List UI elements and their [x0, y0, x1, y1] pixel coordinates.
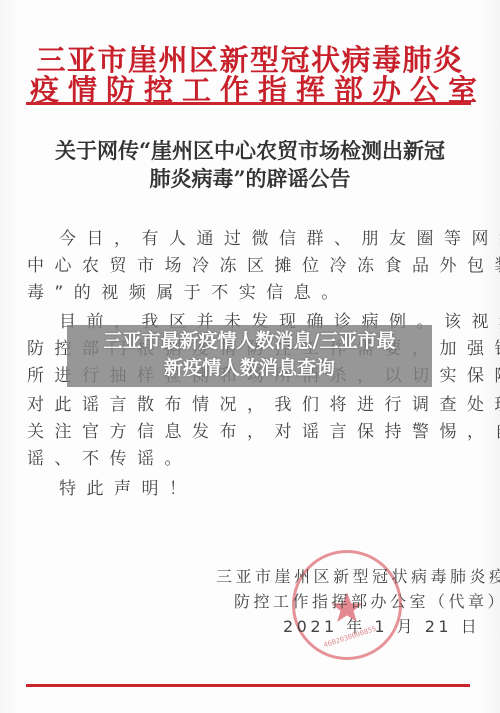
- signature-org-line2: 防控工作指挥部办公室（代章）: [234, 591, 500, 613]
- issuer-header-line1: 三亚市崖州区新型冠状病毒肺炎: [30, 43, 470, 77]
- paragraph3-line3: 谣、不传谣。: [27, 448, 473, 470]
- caption-overlay: 三亚市最新疫情人数消息/三亚市最 新疫情人数消息查询: [67, 328, 432, 382]
- closing-statement: 特此声明！: [59, 478, 500, 500]
- paragraph1-line1: 今日，有人通过微信群、朋友圈等网络渠道散布“崖州区: [59, 228, 500, 250]
- paragraph1-line2: 中心农贸市场冷冻区摊位冷冻食品外包装检测出新冠肺炎病: [27, 255, 473, 277]
- header-red-rule: [26, 102, 471, 105]
- caption-line2: 新疫情人数消息查询: [67, 355, 432, 382]
- paragraph3-line2: 关注官方信息发布，对谣言保持警惕，自觉做到不造谣，不信: [27, 421, 473, 443]
- notice-title-line2: 肺炎病毒”的辟谣公告: [20, 165, 480, 193]
- document-page: 三亚市崖州区新型冠状病毒肺炎 疫情防控工作指挥部办公室 关于网传“崖州区中心农贸…: [0, 0, 500, 713]
- notice-title-line1: 关于网传“崖州区中心农贸市场检测出新冠: [20, 137, 480, 165]
- caption-line1: 三亚市最新疫情人数消息/三亚市最: [67, 328, 432, 355]
- signature-date: 2021 年 1 月 21 日: [283, 616, 480, 638]
- paragraph1-line3: 毒”的视频属于不实信息。: [27, 282, 473, 304]
- paragraph3-line1: 对此谣言散布情况，我们将进行调查处理，请广大市民群众多: [27, 394, 473, 416]
- signature-org-line1: 三亚市崖州区新型冠状病毒肺炎疫情: [216, 566, 500, 588]
- footer-red-rule: [26, 684, 470, 687]
